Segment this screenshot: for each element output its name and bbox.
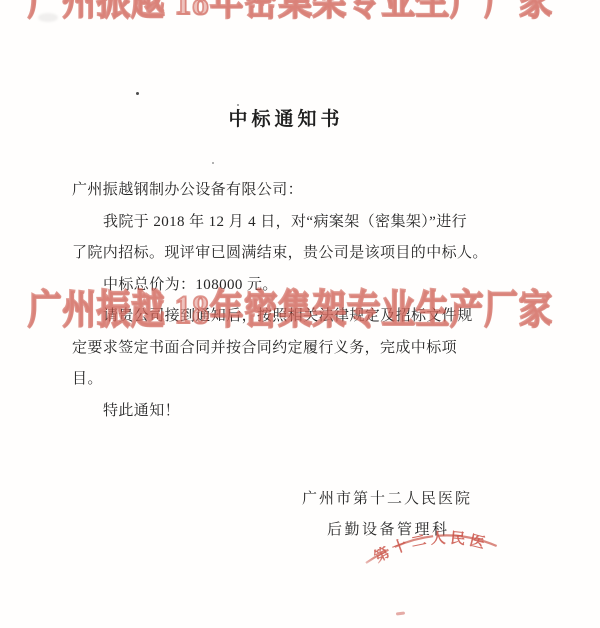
body-line: 定要求签定书面合同并按合同约定履行义务，完成中标项 xyxy=(72,333,542,365)
red-seal-partial: 第十二人民医 xyxy=(364,519,520,571)
scanned-document-page: 广州振越 18年密集架专业生产厂家 中标通知书 广州振越钢制办公设备有限公司： … xyxy=(0,0,600,628)
body-line: 目。 xyxy=(72,364,542,396)
addressee-line: 广州振越钢制办公设备有限公司： xyxy=(72,175,542,207)
signature-organization: 广州市第十二人民医院 xyxy=(302,487,472,508)
notice-closing-line: 特此通知！ xyxy=(72,396,542,428)
scan-smudge xyxy=(38,13,58,22)
bid-total-line: 中标总价为：108000 元。 xyxy=(72,270,542,302)
document-body: 广州振越钢制办公设备有限公司： 我院于 2018 年 12 月 4 日，对“病案… xyxy=(72,175,542,427)
body-line: 我院于 2018 年 12 月 4 日，对“病案架（密集架）”进行 xyxy=(72,207,542,239)
red-watermark-top: 广州振越 18年密集架专业生产厂家 xyxy=(28,0,553,26)
scan-speck xyxy=(237,104,239,106)
page-title: 中标通知书 xyxy=(0,104,586,131)
seal-arc-label: 第十二人民医 xyxy=(371,530,490,567)
body-line: 了院内招标。现评审已圆满结束，贵公司是该项目的中标人。 xyxy=(72,238,542,270)
red-ink-fleck xyxy=(396,611,405,615)
scan-speck xyxy=(136,92,139,95)
body-line: 请贵公司接到通知后，按照相关法律规定及招标文件规 xyxy=(72,301,542,333)
scan-speck xyxy=(212,162,214,164)
